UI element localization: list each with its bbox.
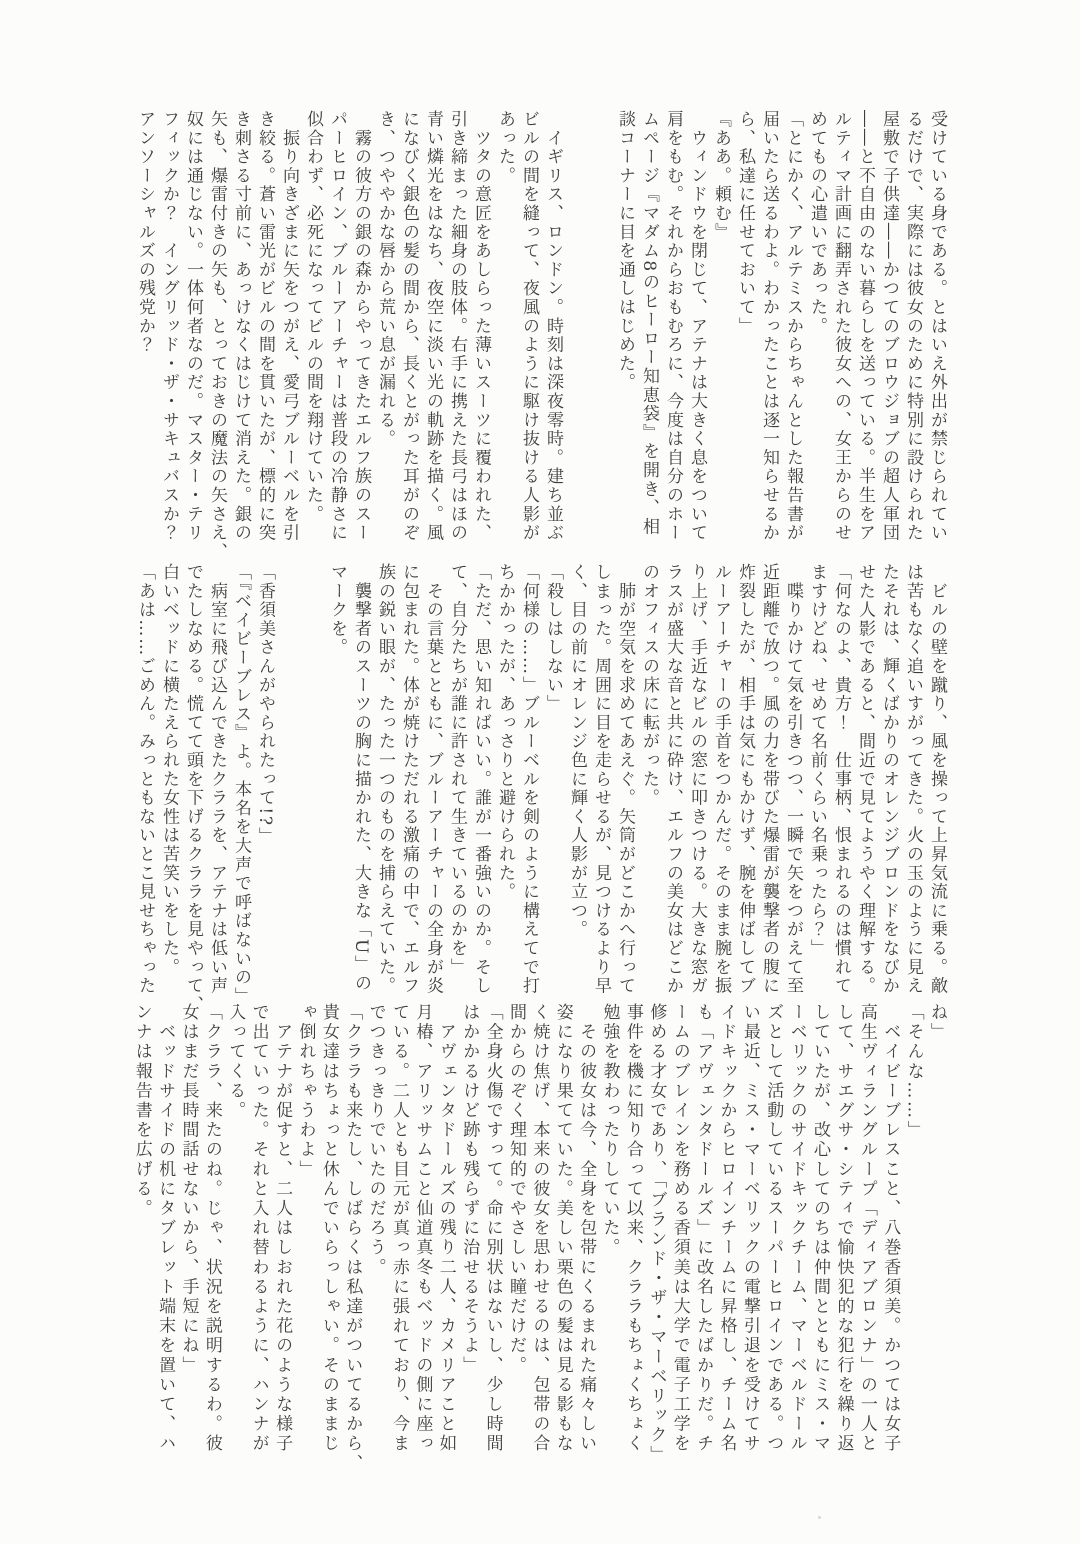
text-column: パーヒロイン、ブルーアーチャーは普段の冷静さに	[326, 110, 350, 550]
text-column: ーベリックのサイドキックチーム、マーベルドール	[786, 1003, 809, 1489]
text-column: フィックか？ イングリッド・ザ・サキュバスか？	[158, 110, 182, 550]
text-column: 族の鋭い眼が、たった一つのものを捕らえていた。	[374, 563, 398, 1003]
column-gap	[590, 110, 614, 550]
text-column: ている。二人とも目元が真っ赤に張れており、今ま	[389, 1003, 412, 1489]
text-column: ベッドサイドの机にタブレット端末を置いて、ハ	[155, 1003, 178, 1489]
text-column: い最近、ミス・マーベリックの電撃引退を受けてサ	[739, 1003, 762, 1489]
text-column: しまった。周囲に目を走らせるが、見つけるより早	[590, 563, 614, 1003]
text-column: 届いたら送るわよ。わかったことは逐一知らせるか	[758, 110, 782, 550]
text-column: ら、私達に任せておいて」	[734, 110, 758, 550]
text-column: 間からのぞく理知的でやさしい瞳だけだ。	[506, 1003, 529, 1489]
column-gap	[278, 563, 302, 1003]
text-column: 談コーナーに目を通しはじめた。	[614, 110, 638, 550]
text-column: 似合わず、必死になってビルの間を翔けていた。	[302, 110, 326, 550]
column-gap	[566, 110, 590, 550]
text-column: イドキックからヒロインチームに昇格し、チーム名	[716, 1003, 739, 1489]
text-column: 月椿、アリッサムこと仙道真冬もベッドの側に座っ	[412, 1003, 435, 1489]
text-column: 姿になり果てていた。美しい栗色の髪は見る影もな	[552, 1003, 575, 1489]
text-column: 肺が空気を求めてあえぐ。矢筒がどこかへ行って	[614, 563, 638, 1003]
text-column: せた人影であると、間近で見てようやく理解する。	[854, 563, 878, 1003]
text-column: き、つややかな唇から荒い息が漏れる。	[374, 110, 398, 550]
text-column: き絞る。蒼い雷光がビルの間を貫いたが、標的に突	[254, 110, 278, 550]
text-column: 「『ベイビーブレス』よ。本名を大声で呼ばないの」	[230, 563, 254, 1003]
text-column: 「何なのよ、貴方！ 仕事柄、恨まれるのは慣れて	[830, 563, 854, 1003]
text-column: アヴェンタドールズの残り二人、カメリアこと如	[435, 1003, 458, 1489]
text-column: その彼女は今、全身を包帯にくるまれた痛々しい	[576, 1003, 599, 1489]
text-column: 肩をもむ。それからおもむろに、今度は自分のホー	[662, 110, 686, 550]
text-column: 「そんな……」	[903, 1003, 926, 1489]
text-column: り上げ、手近なビルの窓に叩きつける。大きな窓ガ	[686, 563, 710, 1003]
text-column: ビルの壁を蹴り、風を操って上昇気流に乗る。敵	[926, 563, 950, 1003]
text-column: 「全身火傷ですって。命に別状はないし、少し時間	[482, 1003, 505, 1489]
text-column: 事件を機に知り合って以来、クララもちょくちょく	[623, 1003, 646, 1489]
text-column: 受けている身である。とはいえ外出が禁じられてい	[926, 110, 950, 550]
text-column: になびく銀色の髪の間から、長くとがった耳がのぞ	[398, 110, 422, 550]
text-column: イギリス、ロンドン。時刻は深夜零時。建ち並ぶ	[542, 110, 566, 550]
text-column: ルティマ計画に翻弄された彼女への、女王からのせ	[830, 110, 854, 550]
text-column: るだけで、実際には彼女のために特別に設けられた	[902, 110, 926, 550]
text-column: ームのブレインを務める香須美は大学で電子工学を	[669, 1003, 692, 1489]
text-column: て、自分たちが誰に許されて生きているのかを」	[446, 563, 470, 1003]
text-column: 奴には通じない。一体何者なのだ。マスター・テリ	[182, 110, 206, 550]
text-column: 入ってくる。	[225, 1003, 248, 1489]
text-column: 勉強を教わったりしていた。	[599, 1003, 622, 1489]
text-column: く、目の前にオレンジ色に輝く人影が立つ。	[566, 563, 590, 1003]
text-column: ビルの間を縫って、夜風のように駆け抜ける人影が	[518, 110, 542, 550]
text-column: ンナは報告書を広げる。	[131, 1003, 154, 1489]
text-column: は苦もなく追いすがってきた。火の玉のように見え	[902, 563, 926, 1003]
text-column: ちかかったが、あっさりと避けられた。	[494, 563, 518, 1003]
text-column: 白いベッドに横たえられた女性は苦笑いをした。	[158, 563, 182, 1003]
text-column: あった。	[494, 110, 518, 550]
text-column: ベイビーブレスこと、八巻香須美。かつては女子	[880, 1003, 903, 1489]
text-column: 貴女達はちょっと休んでいらっしゃい。そのままじ	[318, 1003, 341, 1489]
story-text-block-1: 受けている身である。とはいえ外出が禁じられているだけで、実際には彼女のために特別…	[134, 110, 950, 550]
text-column: 近距離で放つ。風の力を帯びた爆雷が襲撃者の腹に	[758, 563, 782, 1003]
text-column: 「クララ、来たのね。じゃ、状況を説明するわ。彼	[202, 1003, 225, 1489]
story-text-block-3: ね」「そんな……」 ベイビーブレスこと、八巻香須美。かつては女子高生ヴィラングル…	[131, 1003, 950, 1489]
text-column: マークを。	[326, 563, 350, 1003]
text-column: 炸裂したが、相手は気にもかけず、腕を伸ばしてブ	[734, 563, 758, 1003]
text-column: ね」	[927, 1003, 950, 1489]
story-text-block-2: ビルの壁を蹴り、風を操って上昇気流に乗る。敵は苦もなく追いすがってきた。火の玉の…	[134, 563, 950, 1003]
text-column: していたが、改心してのちは仲間とともにミス・マ	[810, 1003, 833, 1489]
text-column: でつきっきりでいたのだろう。	[365, 1003, 388, 1489]
text-column: 女はまだ長時間話せないから、手短にね」	[178, 1003, 201, 1489]
text-column: 病室に飛び込んできたクララを、アテナは低い声	[206, 563, 230, 1003]
text-column: ますけどね、せめて名前くらい名乗ったら？」	[806, 563, 830, 1003]
text-column: き刺さる寸前に、あっけなくはじけて消えた。銀の	[230, 110, 254, 550]
text-column: 高生ヴィラングループ「ディアブロンナ」の一人と	[856, 1003, 879, 1489]
text-column: ウィンドウを閉じて、アテナは大きく息をついて	[686, 110, 710, 550]
text-column: 振り向きざまに矢をつがえ、愛弓ブルーベルを引	[278, 110, 302, 550]
text-column: めてもの心遣いであった。	[806, 110, 830, 550]
scan-artifact-dot	[818, 1516, 821, 1519]
text-column: で出ていった。それと入れ替わるように、ハンナが	[248, 1003, 271, 1489]
text-column: ムページ『マダム8のヒーロー知恵袋』を開き、相	[638, 110, 662, 550]
text-column: アテナが促すと、二人はしおれた花のような様子	[272, 1003, 295, 1489]
text-column: ズとして活動しているスーパーヒロインである。つ	[763, 1003, 786, 1489]
text-column: 「クララも来たし、しばらくは私達がついてるから、	[342, 1003, 365, 1489]
text-column: く焼け焦げ、本来の彼女を思わせるのは、包帯の合	[529, 1003, 552, 1489]
text-column: 矢も、爆雷付きの矢も、とっておきの魔法の矢さえ、	[206, 110, 230, 550]
text-column: はかかるけど跡も残らずに治せるそうよ」	[459, 1003, 482, 1489]
text-column: でたしなめる。慌てて頭を下げるクララを見やって、	[182, 563, 206, 1003]
text-column: も「アヴェンタドールズ」に改名したばかりだ。チ	[693, 1003, 716, 1489]
text-column: に包まれた。体が焼けただれる激痛の中で、エルフ	[398, 563, 422, 1003]
text-column: 屋敷で子供達――かつてのブロウジョブの超人軍団	[878, 110, 902, 550]
text-column: その言葉とともに、ブルーアーチャーの全身が炎	[422, 563, 446, 1003]
text-column: 「とにかく、アルテミスからちゃんとした報告書が	[782, 110, 806, 550]
text-column: 修める才女であり、「ブランド・ザ・マーベリック」	[646, 1003, 669, 1489]
text-column: ルーアーチャーの手首をつかんだ。そのまま腕を振	[710, 563, 734, 1003]
text-column: アンソーシャルズの残党か？	[134, 110, 158, 550]
text-column: 襲撃者のスーツの胸に描かれた、大きな「U」の	[350, 563, 374, 1003]
text-column: ツタの意匠をあしらった薄いスーツに覆われた、	[470, 110, 494, 550]
text-column: 「何様の……」ブルーベルを剣のように構えてで打	[518, 563, 542, 1003]
text-column: 『ああ。頼む』	[710, 110, 734, 550]
text-column: ――と不自由のない暮らしを送っている。半生をア	[854, 110, 878, 550]
text-column: ゃ倒れちゃうわよ」	[295, 1003, 318, 1489]
text-column: のオフィスの床に転がった。	[638, 563, 662, 1003]
document-page: 受けている身である。とはいえ外出が禁じられているだけで、実際には彼女のために特別…	[0, 0, 1080, 1544]
text-column: 青い燐光をはなち、夜空に淡い光の軌跡を描く。風	[422, 110, 446, 550]
text-column: 霧の彼方の銀の森からやってきたエルフ族のスー	[350, 110, 374, 550]
text-column: 「ただ、思い知ればいい。誰が一番強いのか。そし	[470, 563, 494, 1003]
text-column: 「殺しはしない」	[542, 563, 566, 1003]
text-column: して、サエグサ・シティで愉快犯的な犯行を繰り返	[833, 1003, 856, 1489]
text-column: ラスが盛大な音と共に砕け、エルフの美女はどこか	[662, 563, 686, 1003]
column-gap	[302, 563, 326, 1003]
text-column: たそれは、輝くばかりのオレンジブロンドをなびか	[878, 563, 902, 1003]
text-column: 「あは……ごめん。みっともないとこ見せちゃった	[134, 563, 158, 1003]
text-column: 引き締まった細身の肢体。右手に携えた長弓はほの	[446, 110, 470, 550]
text-column: 喋りかけて気を引きつつ、一瞬で矢をつがえて至	[782, 563, 806, 1003]
text-column: 「香須美さんがやられたって!?」	[254, 563, 278, 1003]
